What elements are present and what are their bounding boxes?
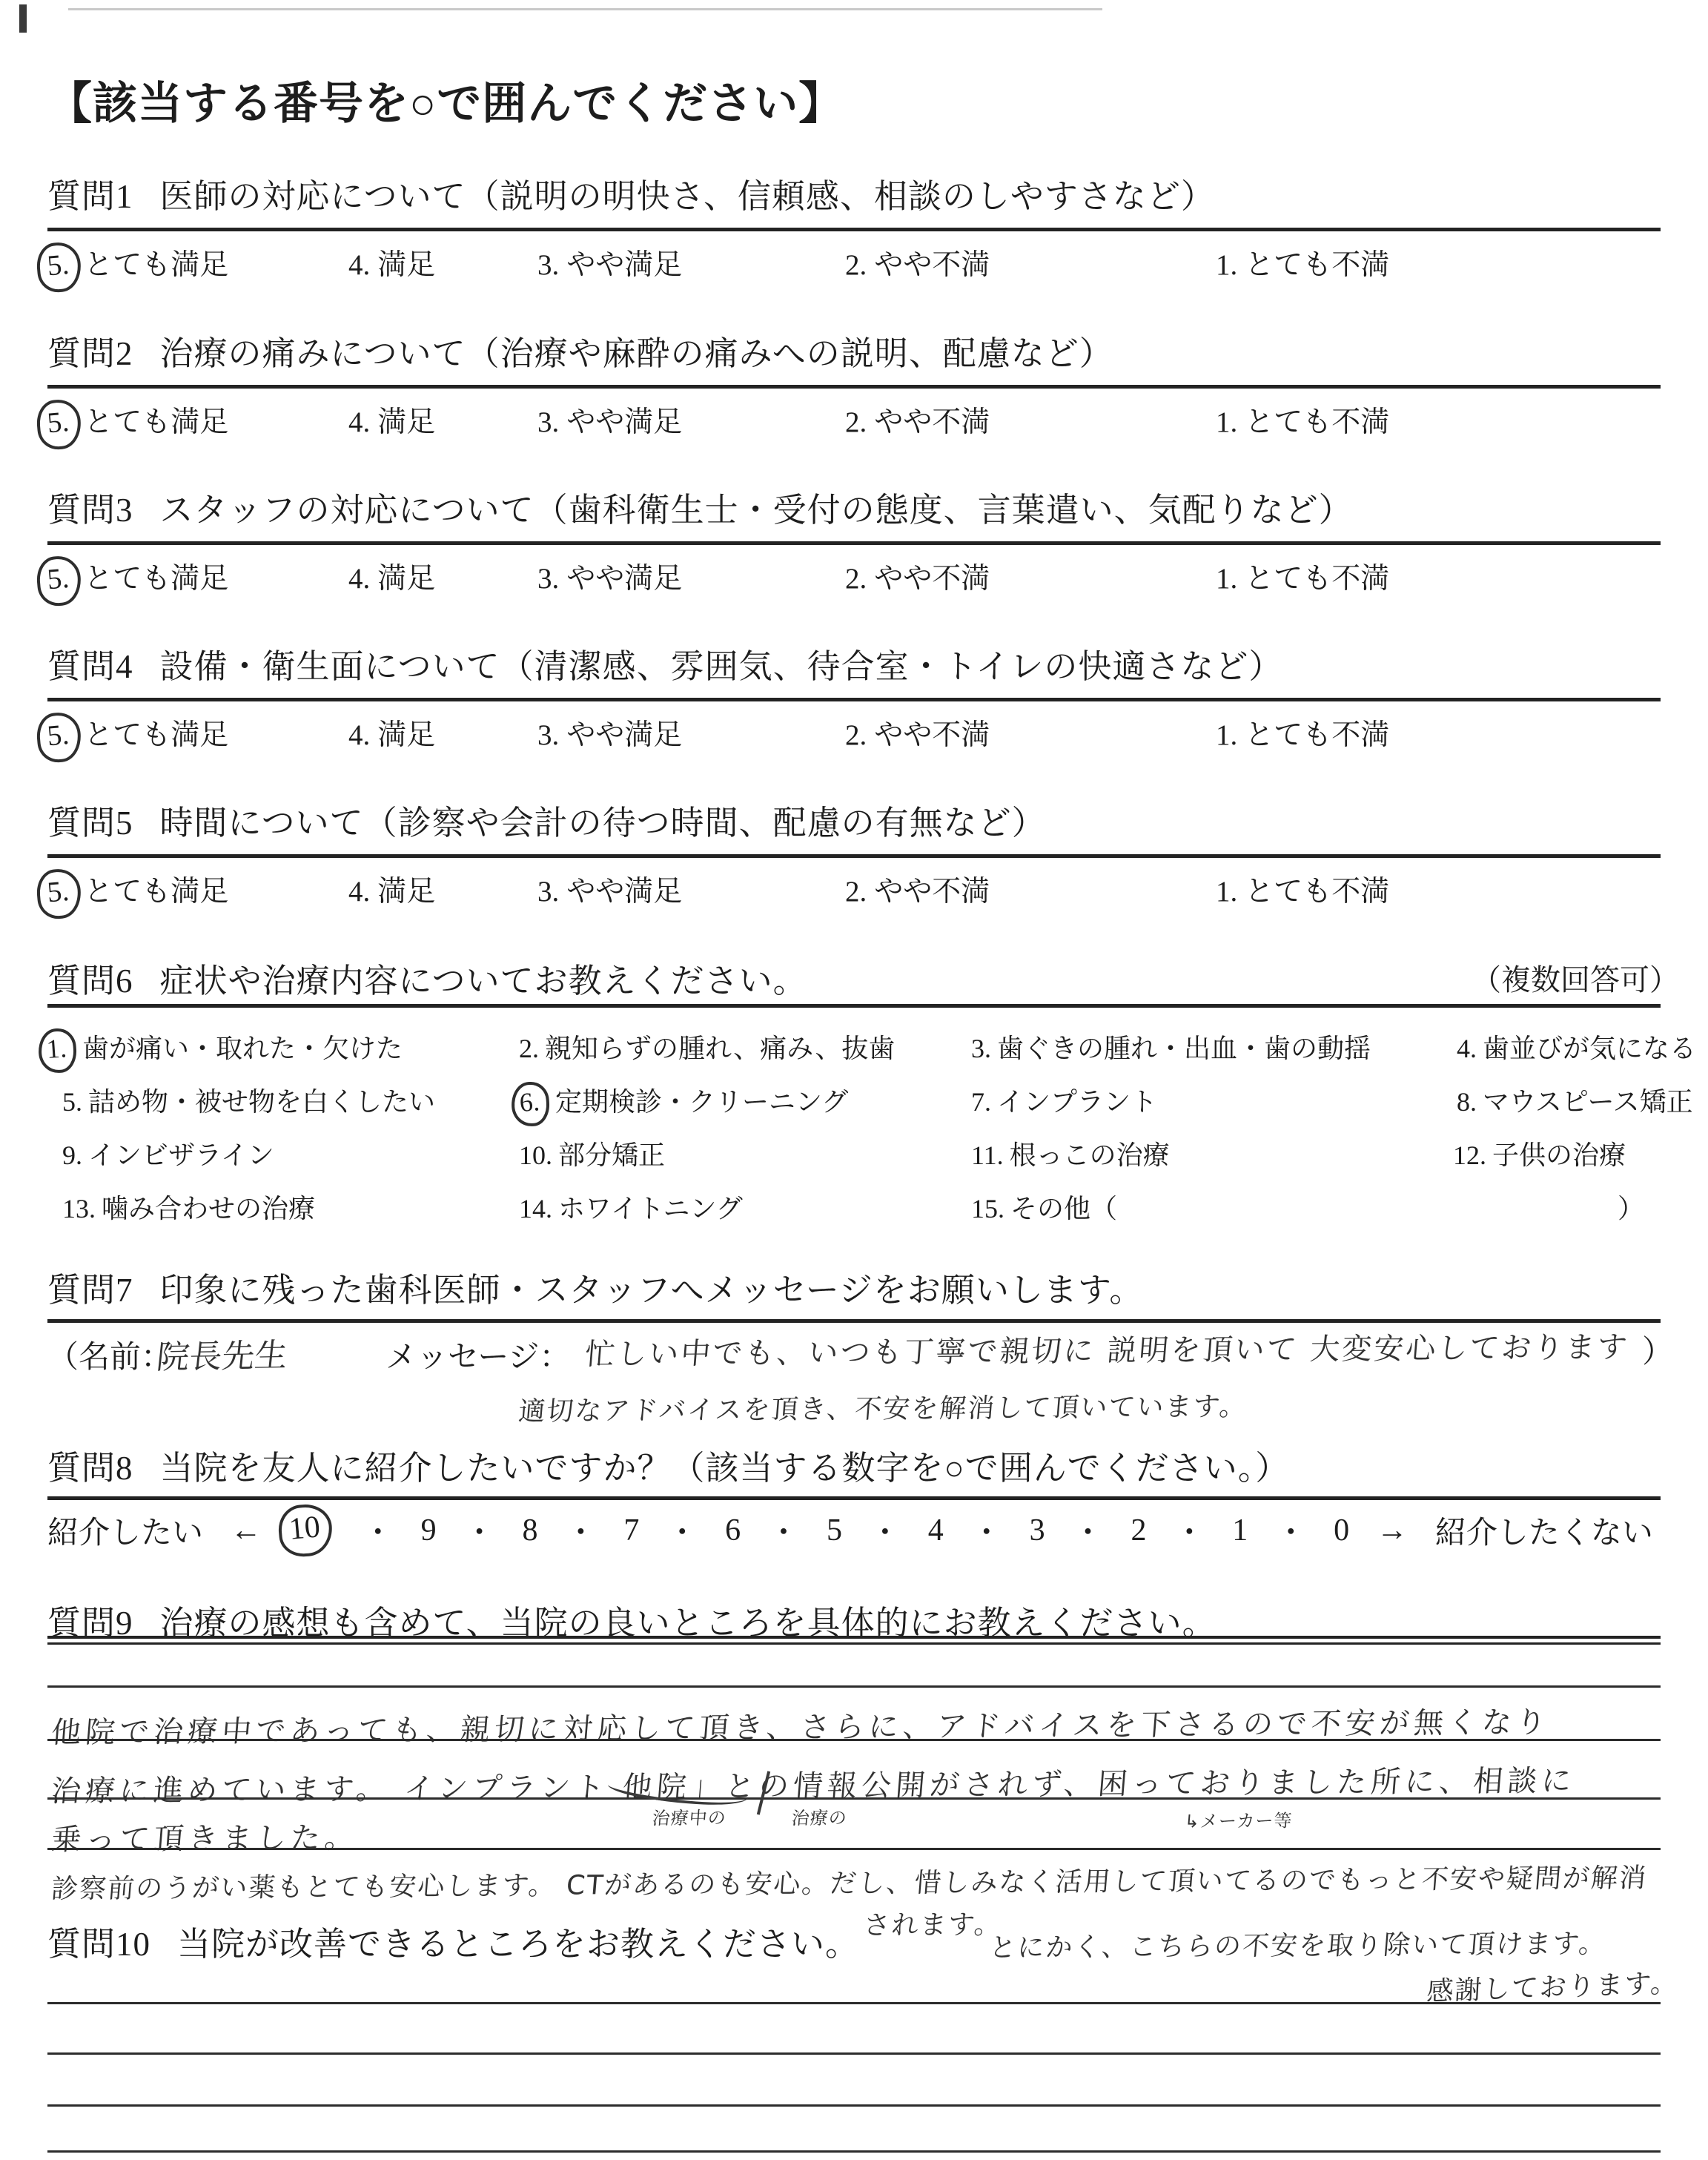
q3-option-2: 2.やや不満 [845, 555, 990, 597]
q6-option-10: 10.部分矯正 [519, 1135, 665, 1172]
q8-left-label: 紹介したい [47, 1508, 203, 1553]
question-5-number: 質問5 [47, 805, 133, 842]
question-1-text: 医師の対応について（説明の明快さ、信頼感、相談のしやすさなど） [160, 178, 1215, 215]
scan-artifact-mark [19, 4, 27, 33]
question-4-number: 質問4 [47, 648, 133, 685]
q5-option-4: 4.満足 [348, 868, 435, 910]
q6-option-12: 12.子供の治療 [1453, 1135, 1626, 1172]
q9-answer-line-2: 治療に進めています。 インプラント 他院」との情報公開がされず、困っておりました… [50, 1757, 1578, 1810]
hand-drawn-circle-q8-10: 10 [277, 1502, 334, 1559]
q8-scale-7: 7 [623, 1513, 639, 1548]
q8-scale-4: 4 [928, 1513, 944, 1548]
q6-option-2: 2.親知らずの腫れ、痛み、抜歯 [519, 1028, 895, 1066]
question-5-options: 5.とても満足 4.満足 3.やや満足 2.やや不満 1.とても不満 [0, 868, 1708, 920]
q10-answer-ruled-line-3 [47, 2104, 1661, 2107]
q4-option-4: 4.満足 [348, 712, 435, 753]
q7-message-handwritten: 忙しい中でも、いつも丁寧で親切に 説明を頂いて 大変安心しております [583, 1324, 1631, 1373]
q7-close-paren: ） [1642, 1327, 1673, 1372]
q6-option-14: 14.ホワイトニング [519, 1188, 743, 1226]
question-6-number: 質問6 [47, 962, 133, 1000]
question-2-title: 質問2治療の痛みについて（治療や麻酔の痛みへの説明、配慮など） [47, 326, 1113, 374]
q8-scale-5: 5 [827, 1513, 842, 1548]
q9-answer-ruled-line-1 [47, 1739, 1661, 1741]
q2-option-3: 3.やや満足 [537, 399, 682, 440]
question-3-title: 質問3スタッフの対応について（歯科衛生士・受付の態度、言葉遣い、気配りなど） [47, 483, 1353, 531]
q1-option-5: 5.とても満足 [47, 242, 228, 286]
q1-option-2: 2.やや不満 [845, 242, 990, 283]
question-8-title: 質問8当院を友人に紹介したいですか？（該当する数字を○で囲んでください。） [47, 1441, 1289, 1489]
q9-answer-ruled-line-2 [47, 1797, 1661, 1800]
question-6-note: （複数回答可） [1472, 957, 1679, 999]
question-6-text: 症状や治療内容についてお教えください。 [160, 962, 807, 1000]
question-2-options: 5.とても満足 4.満足 3.やや満足 2.やや不満 1.とても不満 [0, 399, 1708, 451]
q6-option-6: 6.定期検診・クリーニング [519, 1081, 848, 1122]
q5-option-3: 3.やや満足 [537, 868, 682, 910]
question-6-title: 質問6症状や治療内容についてお教えください。 [47, 954, 807, 1002]
question-5-title: 質問5時間について（診察や会計の待つ時間、配慮の有無など） [47, 796, 1046, 844]
page-title: 【該当する番号を○で囲んでください】 [47, 68, 844, 132]
q9-answer-line-3: 乗って頂きました。 [50, 1814, 361, 1859]
q8-scale-1: 1 [1232, 1513, 1248, 1548]
q6-option-15-close-paren: ） [1618, 1188, 1644, 1226]
q6-option-7: 7.インプラント [971, 1081, 1157, 1119]
q3-option-4: 4.満足 [348, 555, 435, 597]
question-1-title: 質問1医師の対応について（説明の明快さ、信頼感、相談のしやすさなど） [47, 169, 1215, 217]
question-7-title: 質問7印象に残った歯科医師・スタッフへメッセージをお願いします。 [47, 1263, 1143, 1311]
q6-option-8: 8.マウスピース矯正 [1457, 1081, 1693, 1119]
divider-q4 [47, 698, 1661, 701]
q6-option-9: 9.インビザライン [62, 1135, 274, 1172]
divider-q1 [47, 228, 1661, 231]
hand-drawn-circle-q6-1: 1. [37, 1027, 78, 1074]
q7-name-label: （名前： [47, 1332, 172, 1377]
q4-option-5: 5.とても満足 [47, 712, 228, 756]
q9-answer-line-1: 他院で治療中であっても、親切に対応して頂き、さらに、アドバイスを下さるので不安が… [50, 1699, 1552, 1751]
divider-q2 [47, 385, 1661, 389]
question-10-number: 質問10 [47, 1926, 150, 1963]
scanned-questionnaire-page: 【該当する番号を○で囲んでください】 質問1医師の対応について（説明の明快さ、信… [0, 0, 1708, 2160]
q6-option-13: 13.噛み合わせの治療 [62, 1188, 315, 1226]
question-6-options-grid: 1.歯が痛い・取れた・欠けた 2.親知らずの腫れ、痛み、抜歯 3.歯ぐきの腫れ・… [0, 1028, 1708, 1243]
question-2-text: 治療の痛みについて（治療や麻酔の痛みへの説明、配慮など） [160, 335, 1113, 372]
divider-q3 [47, 541, 1661, 545]
hand-drawn-circle-q4: 5. [35, 711, 83, 764]
q8-scale-3: 3 [1030, 1513, 1045, 1548]
q8-scale-6: 6 [725, 1513, 741, 1548]
q6-option-1: 1.歯が痛い・取れた・欠けた [46, 1028, 403, 1069]
divider-q8 [47, 1496, 1661, 1500]
q6-option-11: 11.根っこの治療 [971, 1135, 1170, 1172]
question-8-number: 質問8 [47, 1450, 133, 1487]
question-8-text: 当院を友人に紹介したいですか？（該当する数字を○で囲んでください。） [160, 1450, 1290, 1487]
scan-artifact-line [68, 8, 1102, 10]
q1-option-1: 1.とても不満 [1216, 242, 1389, 283]
hand-drawn-circle-q5: 5. [35, 868, 83, 921]
divider-q9 [47, 1636, 1661, 1645]
q1-option-4: 4.満足 [348, 242, 435, 283]
q7-name-handwritten: 院長先生 [154, 1328, 290, 1378]
q9-overflow-line-1: されます。 [862, 1903, 1004, 1942]
question-7-number: 質問7 [47, 1272, 133, 1309]
q6-option-3: 3.歯ぐきの腫れ・出血・歯の動揺 [971, 1028, 1371, 1066]
question-4-title: 質問4設備・衛生面について（清潔感、雰囲気、待合室・トイレの快適さなど） [47, 639, 1282, 687]
q7-message-label: メッセージ： [385, 1332, 570, 1377]
q3-option-1: 1.とても不満 [1216, 555, 1389, 597]
q9-answer-ruled-line-blank [47, 1685, 1661, 1688]
q8-recommend-scale: 紹介したい ← 10 ・ 9 ・ 8 ・ 7 ・ 6 ・ 5 ・ 4 ・ 3 ・… [47, 1508, 1653, 1553]
q9-annotation-2: 治療の [791, 1803, 849, 1830]
q4-option-2: 2.やや不満 [845, 712, 990, 753]
question-4-options: 5.とても満足 4.満足 3.やや満足 2.やや不満 1.とても不満 [0, 712, 1708, 764]
q5-option-2: 2.やや不満 [845, 868, 990, 910]
divider-q5 [47, 854, 1661, 858]
q8-right-arrow: → [1377, 1513, 1408, 1548]
q2-option-5: 5.とても満足 [47, 399, 228, 443]
q8-scale-2: 2 [1131, 1513, 1146, 1548]
q9-answer-ruled-line-3 [47, 1848, 1661, 1850]
q7-message-handwritten-line2: 適切なアドバイスを頂き、不安を解消して頂いています。 [517, 1386, 1249, 1429]
q6-option-5: 5.詰め物・被せ物を白くしたい [62, 1081, 435, 1119]
q9-answer-line-4: 診察前のうがい薬もとても安心します。 CTがあるのも安心。だし、惜しみなく活用し… [50, 1857, 1649, 1906]
divider-q7 [47, 1319, 1661, 1323]
q2-option-2: 2.やや不満 [845, 399, 990, 440]
q4-option-1: 1.とても不満 [1216, 712, 1389, 753]
q8-left-arrow: ← [231, 1513, 262, 1548]
hand-drawn-circle-q2: 5. [35, 398, 83, 452]
question-4-text: 設備・衛生面について（清潔感、雰囲気、待合室・トイレの快適さなど） [160, 648, 1283, 685]
question-1-number: 質問1 [47, 178, 133, 215]
question-3-text: スタッフの対応について（歯科衛生士・受付の態度、言葉遣い、気配りなど） [160, 492, 1353, 529]
q8-scale-0: 0 [1334, 1513, 1349, 1548]
question-3-options: 5.とても満足 4.満足 3.やや満足 2.やや不満 1.とても不満 [0, 555, 1708, 607]
q9-annotation-1: 治療中の [652, 1803, 728, 1830]
hand-drawn-circle-q1: 5. [35, 241, 83, 294]
q1-option-3: 3.やや満足 [537, 242, 682, 283]
hand-drawn-circle-q3: 5. [35, 555, 83, 608]
q5-option-5: 5.とても満足 [47, 868, 228, 913]
q2-option-4: 4.満足 [348, 399, 435, 440]
q8-scale-8: 8 [522, 1513, 537, 1548]
q4-option-3: 3.やや満足 [537, 712, 682, 753]
q6-option-15: 15.その他（ [971, 1188, 1117, 1226]
divider-q6 [47, 1004, 1661, 1008]
q9-annotation-3: ↳メーカー等 [1184, 1806, 1294, 1832]
question-10-text: 当院が改善できるところをお教えください。 [177, 1926, 859, 1963]
q3-option-5: 5.とても満足 [47, 555, 228, 600]
q5-option-1: 1.とても不満 [1216, 868, 1389, 910]
q9-overflow-line-2: とにかく、こちらの不安を取り除いて頂けます。 [988, 1923, 1609, 1965]
q10-answer-ruled-line-2 [47, 2052, 1661, 2055]
question-5-text: 時間について（診察や会計の待つ時間、配慮の有無など） [160, 805, 1046, 842]
q8-scale-9: 9 [421, 1513, 437, 1548]
q10-answer-ruled-line-4 [47, 2150, 1661, 2153]
hand-drawn-circle-q6-6: 6. [510, 1080, 551, 1127]
q1-option-5-label: とても満足 [84, 249, 228, 281]
question-7-text: 印象に残った歯科医師・スタッフへメッセージをお願いします。 [160, 1272, 1144, 1309]
q10-answer-ruled-line-1 [47, 2002, 1661, 2004]
question-10-title: 質問10当院が改善できるところをお教えください。 [47, 1917, 859, 1965]
question-1-options: 5.とても満足 4.満足 3.やや満足 2.やや不満 1.とても不満 [0, 242, 1708, 294]
q6-option-4: 4.歯並びが気になる [1457, 1028, 1696, 1066]
q3-option-3: 3.やや満足 [537, 555, 682, 597]
question-2-number: 質問2 [47, 335, 133, 372]
q2-option-1: 1.とても不満 [1216, 399, 1389, 440]
q8-right-label: 紹介したくない [1435, 1508, 1653, 1553]
question-3-number: 質問3 [47, 492, 133, 529]
